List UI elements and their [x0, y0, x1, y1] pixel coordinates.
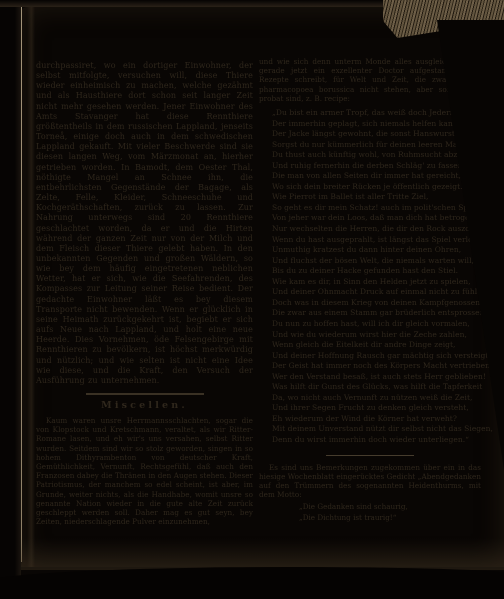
motto-line: „Die Gedanken sind schaurig,: [299, 501, 481, 512]
poem-line: Du nun zu hoffen hast, will ich dir glei…: [272, 319, 481, 330]
poem-line: Die man von allen Seiten dir immer hat g…: [272, 171, 481, 182]
section-heading: Miscellen.: [36, 400, 253, 411]
motto-block: „Die Gedanken sind schaurig,„Die Dichtun…: [299, 501, 481, 523]
poem-line: Wie Pierrot im Ballet ist aller Tritte Z…: [272, 192, 481, 203]
poem-line: So geht es dir mein Schatz! auch im poli…: [272, 203, 481, 214]
poem-line: Mit deinem Unverstand nützt dir selbst n…: [272, 424, 481, 435]
poem-line: Und fluchst der bösen Welt, die niemals …: [272, 256, 481, 267]
poem-line: Und deiner Ohnmacht Druck auf einmal nic…: [272, 287, 481, 298]
poem-line: Wenn du hast ausgeprahlt, ist längst das…: [272, 235, 481, 246]
poem-line: „Du bist ein armer Tropf, das weiß doch …: [272, 108, 481, 119]
poem-line: Wenn gleich die Eitelkeit dir andre Ding…: [272, 340, 481, 351]
motto-line: „Die Dichtung ist traurig!“: [299, 512, 481, 523]
poem-line: Sorgst du nur kümmerlich für deinen leer…: [272, 140, 481, 151]
note-divider-rule: [326, 455, 414, 456]
scan-background-left: [0, 0, 21, 599]
poem-line: Der immerhin geplagt, sich niemals helfe…: [272, 119, 481, 130]
gutter-crease: [27, 7, 35, 567]
left-column: durchpassiret, wo ein dortiger Einwohner…: [36, 61, 253, 526]
poem-line: Nur wechselten die Herren, die dir den R…: [272, 224, 481, 235]
poem-line: Denn du wirst immerhin doch wieder unter…: [272, 435, 481, 446]
poem-line: Unmuthig kratzest du dann hinter deinen …: [272, 245, 481, 256]
poem-line: Was hilft dir Gunst des Glücks, was hilf…: [272, 382, 481, 393]
poem-line: Wie kam es dir, in Sinn den Helden jetzt…: [272, 277, 481, 288]
poem-line: Und wie du wiederum wirst hier die Zeche…: [272, 330, 481, 341]
scan-background-bottom: [0, 567, 504, 599]
poem-line: Von jeher war dein Loos, daß man dich ha…: [272, 213, 481, 224]
scanned-book-page: durchpassiret, wo ein dortiger Einwohner…: [0, 0, 504, 599]
body-paragraph: durchpassiret, wo ein dortiger Einwohner…: [36, 61, 253, 386]
page-bottom-shadow: [0, 538, 504, 570]
poem-line: Wo sich dein breiter Rücken je öffentlic…: [272, 182, 481, 193]
poem-line: Der Geist hat immer noch des Körpers Mac…: [272, 361, 481, 372]
poem-line: Und ruhig fernerhin die derben Schläg' z…: [272, 161, 481, 172]
poem-line: Da, wo nicht auch Vernunft zu nützen wei…: [272, 393, 481, 404]
satirical-poem: „Du bist ein armer Tropf, das weiß doch …: [259, 108, 481, 446]
poem-line: Du thust auch künftig wohl, von Ruhmsuch…: [272, 150, 481, 161]
poem-line: Bis du zu deiner Hacke gefunden hast den…: [272, 266, 481, 277]
poem-line: Die zwar aus einem Stamm gar brüderlich …: [272, 308, 481, 319]
poem-line: Eh wiederum der Wind die Körner hat verw…: [272, 414, 481, 425]
miscellen-paragraph: Kaum waren unsre Herrmannsschlachten, so…: [36, 416, 253, 526]
poem-line: Und deiner Hoffnung Rausch gar mächtig s…: [272, 351, 481, 362]
editor-note: Es sind uns Bemerkungen zugekommen über …: [259, 463, 481, 500]
section-divider-rule: [86, 393, 204, 395]
poem-line: Der Jacke längst gewohnt, die sonst Hans…: [272, 129, 481, 140]
poem-line: Doch was in diesem Krieg von deinen Kamp…: [272, 298, 481, 309]
poem-line: Wer den Verstand besaß, ist auch stets H…: [272, 372, 481, 383]
right-column: und wie sich denn unterm Monde alles aus…: [259, 57, 481, 523]
poem-line: Und ihrer Segen Frucht zu denken gleich …: [272, 403, 481, 414]
